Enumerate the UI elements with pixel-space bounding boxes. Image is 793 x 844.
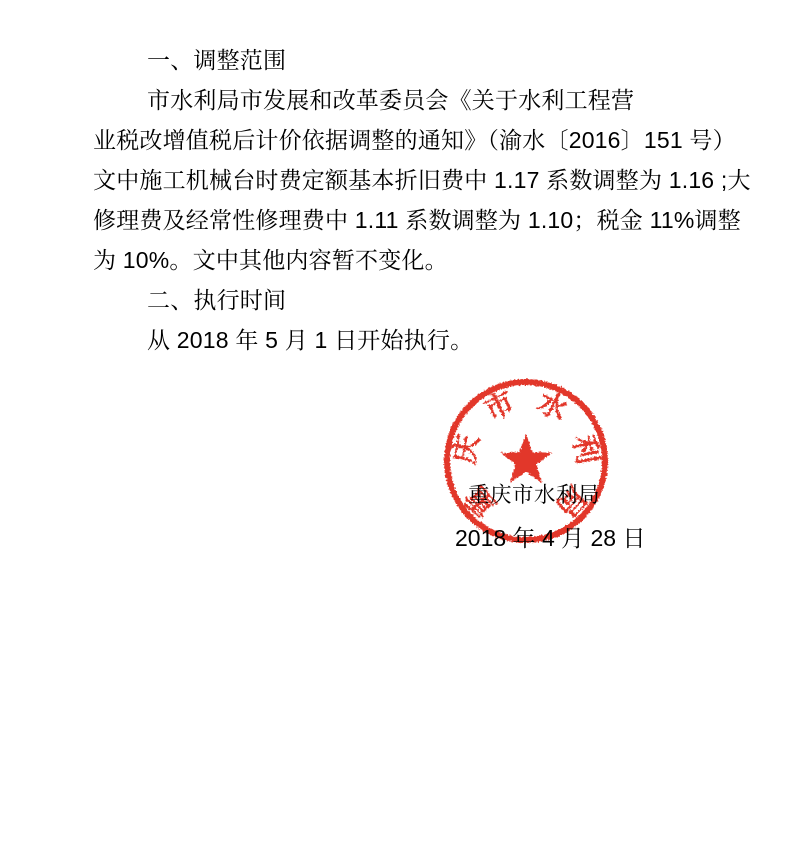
document-page: 一、调整范围 市水利局市发展和改革委员会《关于水利工程营 业税改增值税后计价依据…: [0, 0, 793, 844]
document-body: 一、调整范围 市水利局市发展和改革委员会《关于水利工程营 业税改增值税后计价依据…: [93, 40, 713, 360]
seal-arc-char: 水: [532, 385, 573, 427]
doc-line: 业税改增值税后计价依据调整的通知》（渝水〔2016〕151 号）: [93, 120, 713, 160]
seal-arc-char: 利: [566, 432, 605, 467]
signature-date: 2018 年 4 月 28 日: [455, 520, 646, 553]
doc-line-heading-2: 二、执行时间: [93, 280, 713, 320]
doc-line: 修理费及经常性修理费中 1.11 系数调整为 1.10；税金 11%调整: [93, 200, 713, 240]
doc-line: 文中施工机械台时费定额基本折旧费中 1.17 系数调整为 1.16 ;大: [93, 160, 713, 200]
seal-arc-char: 市: [479, 385, 520, 427]
doc-line: 为 10%。文中其他内容暂不变化。: [93, 240, 713, 280]
doc-line-heading-1: 一、调整范围: [93, 40, 713, 80]
doc-line: 市水利局市发展和改革委员会《关于水利工程营: [93, 80, 713, 120]
signature-agency: 重庆市水利局: [468, 478, 600, 509]
doc-line: 从 2018 年 5 月 1 日开始执行。: [93, 320, 713, 360]
seal-arc-char: 庆: [447, 432, 486, 467]
seal-circle: [447, 382, 605, 540]
seal-star-icon: [500, 434, 551, 483]
